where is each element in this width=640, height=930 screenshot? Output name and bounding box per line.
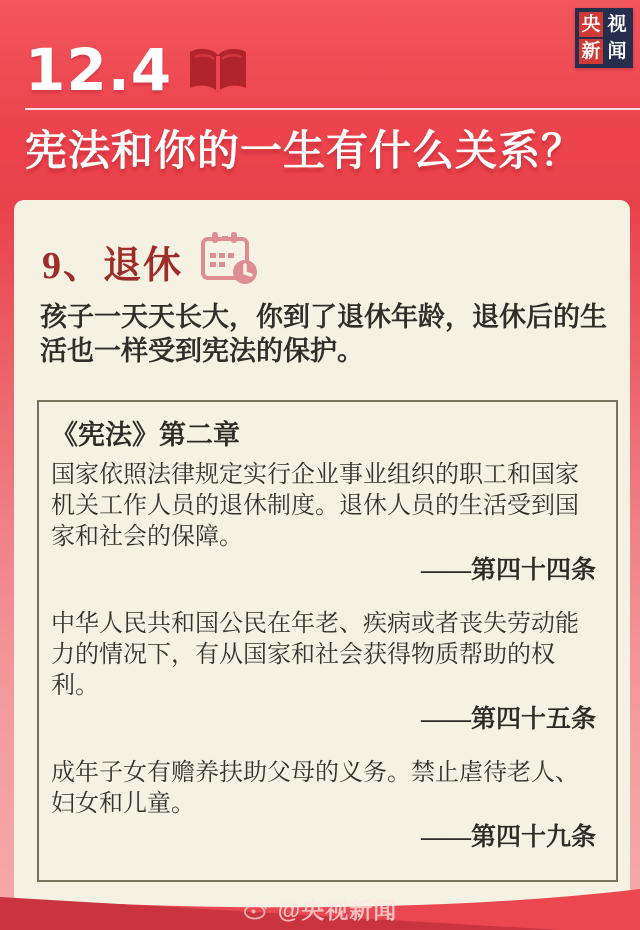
law-article-source: ——第四十九条 bbox=[51, 822, 602, 854]
content-card: 9、退休 孩子一天天长大，你到了退休年龄，退休后的生活也一样受到宪法的保护。 《… bbox=[14, 200, 630, 930]
page-title: 宪法和你的一生有什么关系？ bbox=[25, 118, 630, 178]
law-article-source: ——第四十五条 bbox=[51, 704, 602, 736]
law-chapter-heading: 《宪法》第二章 bbox=[51, 418, 602, 452]
logo-char: 闻 bbox=[605, 39, 629, 64]
law-article: 中华人民共和国公民在年老、疾病或者丧失劳动能力的情况下，有从国家和社会获得物质帮… bbox=[51, 609, 602, 736]
law-article-text: 国家依照法律规定实行企业事业组织的职工和国家机关工作人员的退休制度。退休人员的生… bbox=[51, 460, 602, 553]
law-article-source: ——第四十四条 bbox=[51, 555, 602, 587]
law-article-text: 成年子女有赡养扶助父母的义务。禁止虐待老人、妇女和儿童。 bbox=[51, 758, 602, 820]
section-intro-text: 孩子一天天长大，你到了退休年龄，退休后的生活也一样受到宪法的保护。 bbox=[40, 300, 618, 368]
logo-char: 新 bbox=[579, 39, 603, 64]
date-row: 12.4 bbox=[25, 36, 250, 104]
open-book-icon bbox=[186, 46, 250, 98]
law-article: 成年子女有赡养扶助父母的义务。禁止虐待老人、妇女和儿童。 ——第四十九条 bbox=[51, 758, 602, 854]
law-article: 国家依照法律规定实行企业事业组织的职工和国家机关工作人员的退休制度。退休人员的生… bbox=[51, 460, 602, 587]
calendar-clock-icon bbox=[199, 230, 261, 286]
date-label: 12.4 bbox=[25, 36, 172, 104]
section-heading: 9、退休 bbox=[42, 230, 630, 288]
section-title: 9、退休 bbox=[42, 246, 183, 288]
cctv-news-logo: 央 视 新 闻 bbox=[575, 8, 633, 68]
watermark-text: @央视新闻 bbox=[278, 892, 397, 925]
logo-char: 视 bbox=[605, 12, 629, 37]
weibo-icon bbox=[243, 897, 271, 921]
law-article-text: 中华人民共和国公民在年老、疾病或者丧失劳动能力的情况下，有从国家和社会获得物质帮… bbox=[51, 609, 602, 702]
logo-char: 央 bbox=[579, 12, 603, 37]
divider-line bbox=[25, 108, 640, 110]
constitution-quote-box: 《宪法》第二章 国家依照法律规定实行企业事业组织的职工和国家机关工作人员的退休制… bbox=[37, 400, 618, 882]
poster: 央 视 新 闻 12.4 宪法和你的一生有什么关系？ 9、退休 bbox=[0, 0, 640, 930]
watermark: @央视新闻 bbox=[0, 892, 640, 925]
